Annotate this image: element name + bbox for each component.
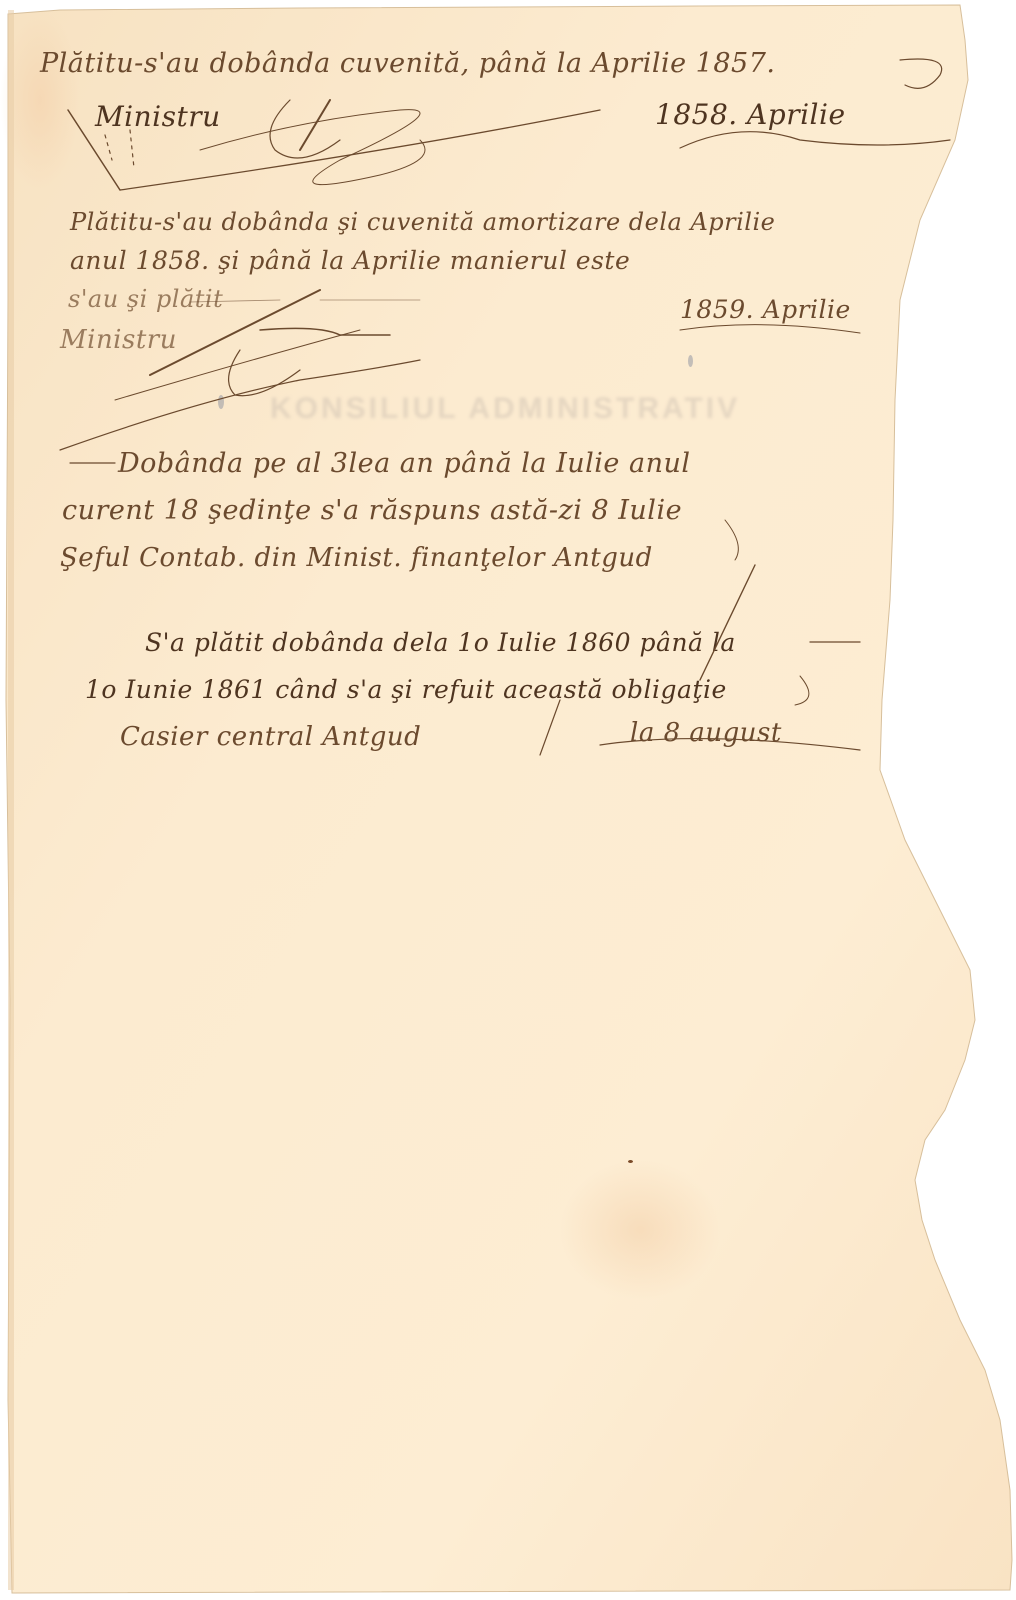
entry-2-signature-label: Ministru <box>60 325 177 355</box>
document-sheet: KONSILIUL ADMINISTRATIV Plătitu-s'au dob… <box>0 0 1016 1600</box>
entry-2-line-1: Plătitu-s'au dobânda şi cuvenită amortiz… <box>70 208 775 236</box>
entry-4-line-2: 1o Iunie 1861 când s'a şi refuit această… <box>85 675 727 704</box>
entry-4-date: la 8 august <box>630 718 782 748</box>
entry-2-date: 1859. Aprilie <box>680 295 851 324</box>
entry-3-line-1: Dobânda pe al 3lea an până la Iulie anul <box>118 448 691 479</box>
bleed-through-print: KONSILIUL ADMINISTRATIV <box>270 392 740 426</box>
entry-1-line-1: Plătitu-s'au dobânda cuvenită, până la A… <box>40 48 775 79</box>
entry-2-line-3: s'au şi plătit <box>68 285 223 313</box>
entry-3-line-2: curent 18 şedinţe s'a răspuns astă-zi 8 … <box>62 495 682 526</box>
entry-1-date: 1858. Aprilie <box>655 98 846 131</box>
paper-shape <box>0 0 1016 1600</box>
ink-dot <box>628 1160 633 1163</box>
entry-3-line-3: Şeful Contab. din Minist. finanţelor Ant… <box>60 543 653 573</box>
entry-4-line-1: S'a plătit dobânda dela 1o Iulie 1860 pâ… <box>145 628 736 657</box>
ink-spot <box>688 355 693 367</box>
ink-spot <box>218 395 224 409</box>
entry-2-line-2: anul 1858. şi până la Aprilie manierul e… <box>70 246 630 275</box>
entry-1-signature-label: Ministru <box>95 100 221 133</box>
entry-4-line-3: Casier central Antgud <box>120 722 421 752</box>
